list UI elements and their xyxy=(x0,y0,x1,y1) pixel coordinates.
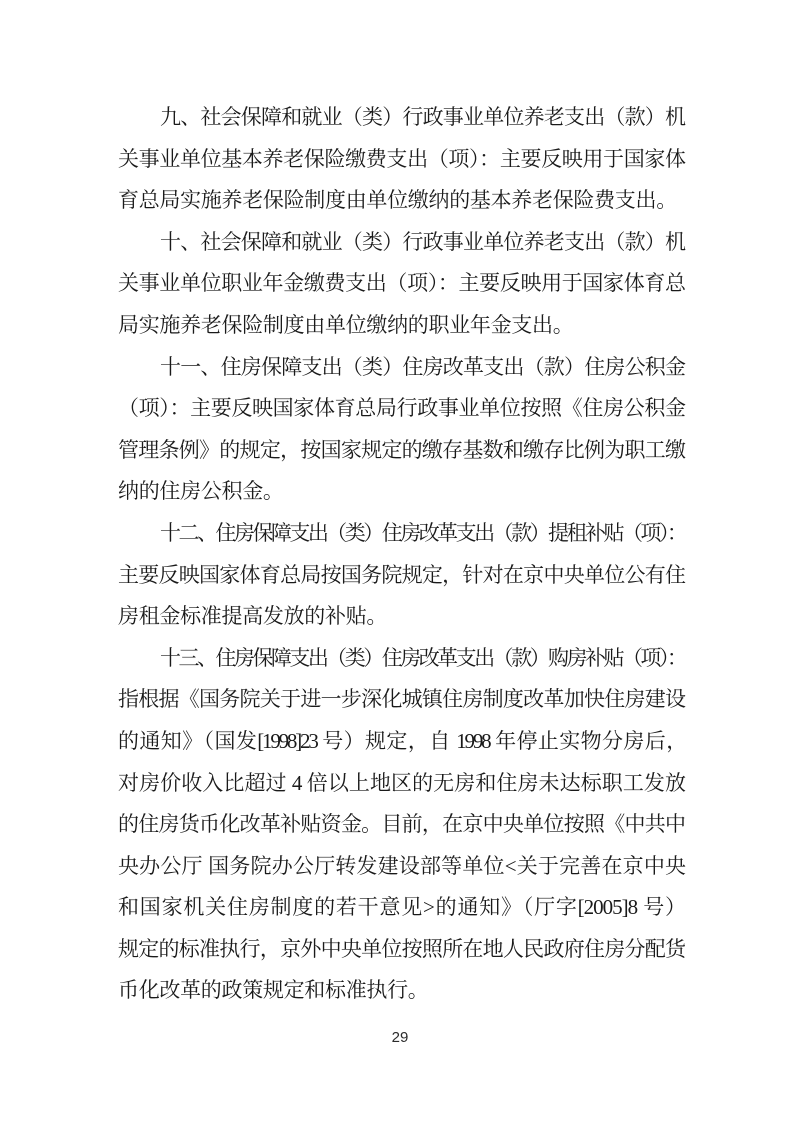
text-line: 央办公厅 国务院办公厅转发建设部等单位<关于完善在京中央 xyxy=(118,846,685,888)
text-line: 十一、住房保障支出（类）住房改革支出（款）住房公积金 xyxy=(118,347,685,389)
text-line: 房租金标准提高发放的补贴。 xyxy=(118,596,685,638)
page-number: 29 xyxy=(0,1029,800,1046)
text-line: 十、社会保障和就业（类）行政事业单位养老支出（款）机 xyxy=(118,222,685,264)
text-line: 纳的住房公积金。 xyxy=(118,471,685,513)
text-line: 育总局实施养老保险制度由单位缴纳的基本养老保险费支出。 xyxy=(118,180,685,222)
text-line: 的通知》（国发[1998]23 号）规定，自 1998 年停止实物分房后， xyxy=(118,721,685,763)
text-block: 九、社会保障和就业（类）行政事业单位养老支出（款）机 关事业单位基本养老保险缴费… xyxy=(118,97,685,1012)
text-line: 十二、住房保障支出（类）住房改革支出（款）提租补贴（项）： xyxy=(118,513,685,555)
text-line: 局实施养老保险制度由单位缴纳的职业年金支出。 xyxy=(118,305,685,347)
document-page: 九、社会保障和就业（类）行政事业单位养老支出（款）机 关事业单位基本养老保险缴费… xyxy=(0,0,800,1131)
paragraph-item-9: 九、社会保障和就业（类）行政事业单位养老支出（款）机 关事业单位基本养老保险缴费… xyxy=(118,97,685,222)
text-line: 关事业单位职业年金缴费支出（项）：主要反映用于国家体育总 xyxy=(118,263,685,305)
paragraph-item-10: 十、社会保障和就业（类）行政事业单位养老支出（款）机 关事业单位职业年金缴费支出… xyxy=(118,222,685,347)
text-line: 主要反映国家体育总局按国务院规定，针对在京中央单位公有住 xyxy=(118,555,685,597)
text-line: 关事业单位基本养老保险缴费支出（项）：主要反映用于国家体 xyxy=(118,139,685,181)
paragraph-item-12: 十二、住房保障支出（类）住房改革支出（款）提租补贴（项）： 主要反映国家体育总局… xyxy=(118,513,685,638)
text-line: 规定的标准执行，京外中央单位按照所在地人民政府住房分配货 xyxy=(118,929,685,971)
text-line: 和国家机关住房制度的若干意见>的通知》（厅字[2005]8 号） xyxy=(118,887,685,929)
text-line: 管理条例》的规定，按国家规定的缴存基数和缴存比例为职工缴 xyxy=(118,430,685,472)
paragraph-item-13: 十三、住房保障支出（类）住房改革支出（款）购房补贴（项）： 指根据《国务院关于进… xyxy=(118,638,685,1012)
text-line: （项）：主要反映国家体育总局行政事业单位按照《住房公积金 xyxy=(118,388,685,430)
text-line: 币化改革的政策规定和标准执行。 xyxy=(118,970,685,1012)
text-line: 对房价收入比超过 4 倍以上地区的无房和住房未达标职工发放 xyxy=(118,763,685,805)
paragraph-item-11: 十一、住房保障支出（类）住房改革支出（款）住房公积金 （项）：主要反映国家体育总… xyxy=(118,347,685,513)
text-line: 十三、住房保障支出（类）住房改革支出（款）购房补贴（项）： xyxy=(118,638,685,680)
text-line: 指根据《国务院关于进一步深化城镇住房制度改革加快住房建设 xyxy=(118,679,685,721)
text-line: 九、社会保障和就业（类）行政事业单位养老支出（款）机 xyxy=(118,97,685,139)
text-line: 的住房货币化改革补贴资金。目前，在京中央单位按照《中共中 xyxy=(118,804,685,846)
